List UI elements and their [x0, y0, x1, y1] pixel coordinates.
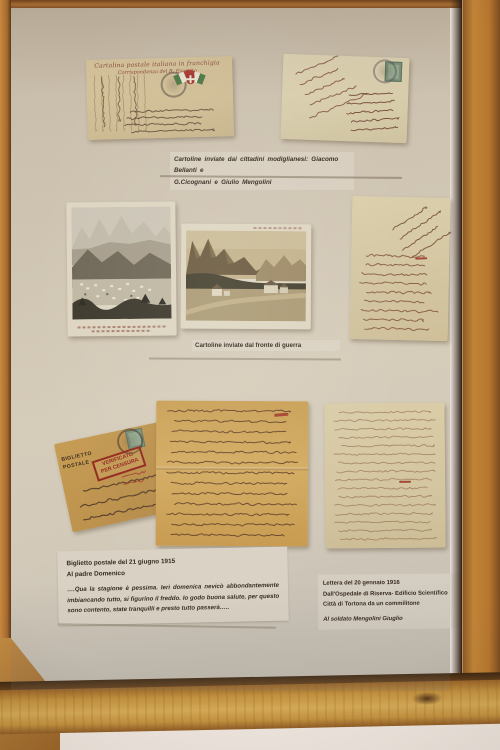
wood-frame-left — [0, 0, 11, 706]
caption-br-line2: Dall'Ospedale di Riserva- Edificio Scien… — [323, 588, 467, 600]
exhibit-photo: Cartolina postale italiana in franchigia… — [0, 0, 500, 750]
postcard-mountain-village — [66, 201, 176, 336]
dolomites-photo — [186, 231, 306, 322]
postcard-military-franchigia: Cartolina postale italiana in franchigia… — [86, 56, 234, 140]
red-ink-mark — [415, 257, 427, 259]
handwritten-address — [342, 89, 403, 135]
caption-top: Cartoline inviate dai cittadini modiglia… — [170, 152, 354, 190]
photo-caption-microtext — [78, 326, 166, 329]
letter-cream — [324, 402, 445, 548]
mountain-photo — [71, 206, 171, 319]
caption-bottom-left: Biglietto postale del 21 giugno 1915 Al … — [57, 547, 289, 626]
frame-shadow-gap — [450, 0, 462, 692]
wood-frame-bottom — [0, 680, 500, 735]
caption-br-line3: Città di Tortona da un commilitone — [323, 598, 467, 610]
handwriting-body — [356, 252, 444, 334]
postcard-addressed — [281, 54, 410, 143]
crossed-flags-icon — [174, 68, 207, 91]
caption-br-line4: Al soldato Mengolini Giuglio — [323, 613, 467, 625]
caption-bl-quote: ….Qua la stagione è pessima. Ieri domeni… — [67, 581, 280, 617]
caption-top-line2: G.Cicognani e Giulio Mengolini — [174, 177, 350, 188]
caption-middle: Cartoline inviate dal fronte di guerra — [192, 340, 340, 351]
handwritten-card — [350, 196, 451, 341]
wood-frame-right — [462, 0, 500, 694]
postcard-dolomites — [181, 224, 312, 330]
wood-grain — [0, 680, 500, 735]
handwritten-address — [119, 106, 222, 135]
photo-title-microtext — [253, 227, 303, 229]
handwriting-body — [164, 407, 301, 540]
red-ink-mark — [399, 481, 411, 483]
letter-orange — [156, 401, 309, 547]
caption-top-line1: Cartoline inviate dai cittadini modiglia… — [174, 154, 350, 177]
photo-caption-microtext — [92, 330, 152, 333]
savoy-shield-icon — [186, 74, 194, 84]
handwriting-body — [331, 409, 438, 543]
wood-frame-top — [0, 0, 500, 8]
